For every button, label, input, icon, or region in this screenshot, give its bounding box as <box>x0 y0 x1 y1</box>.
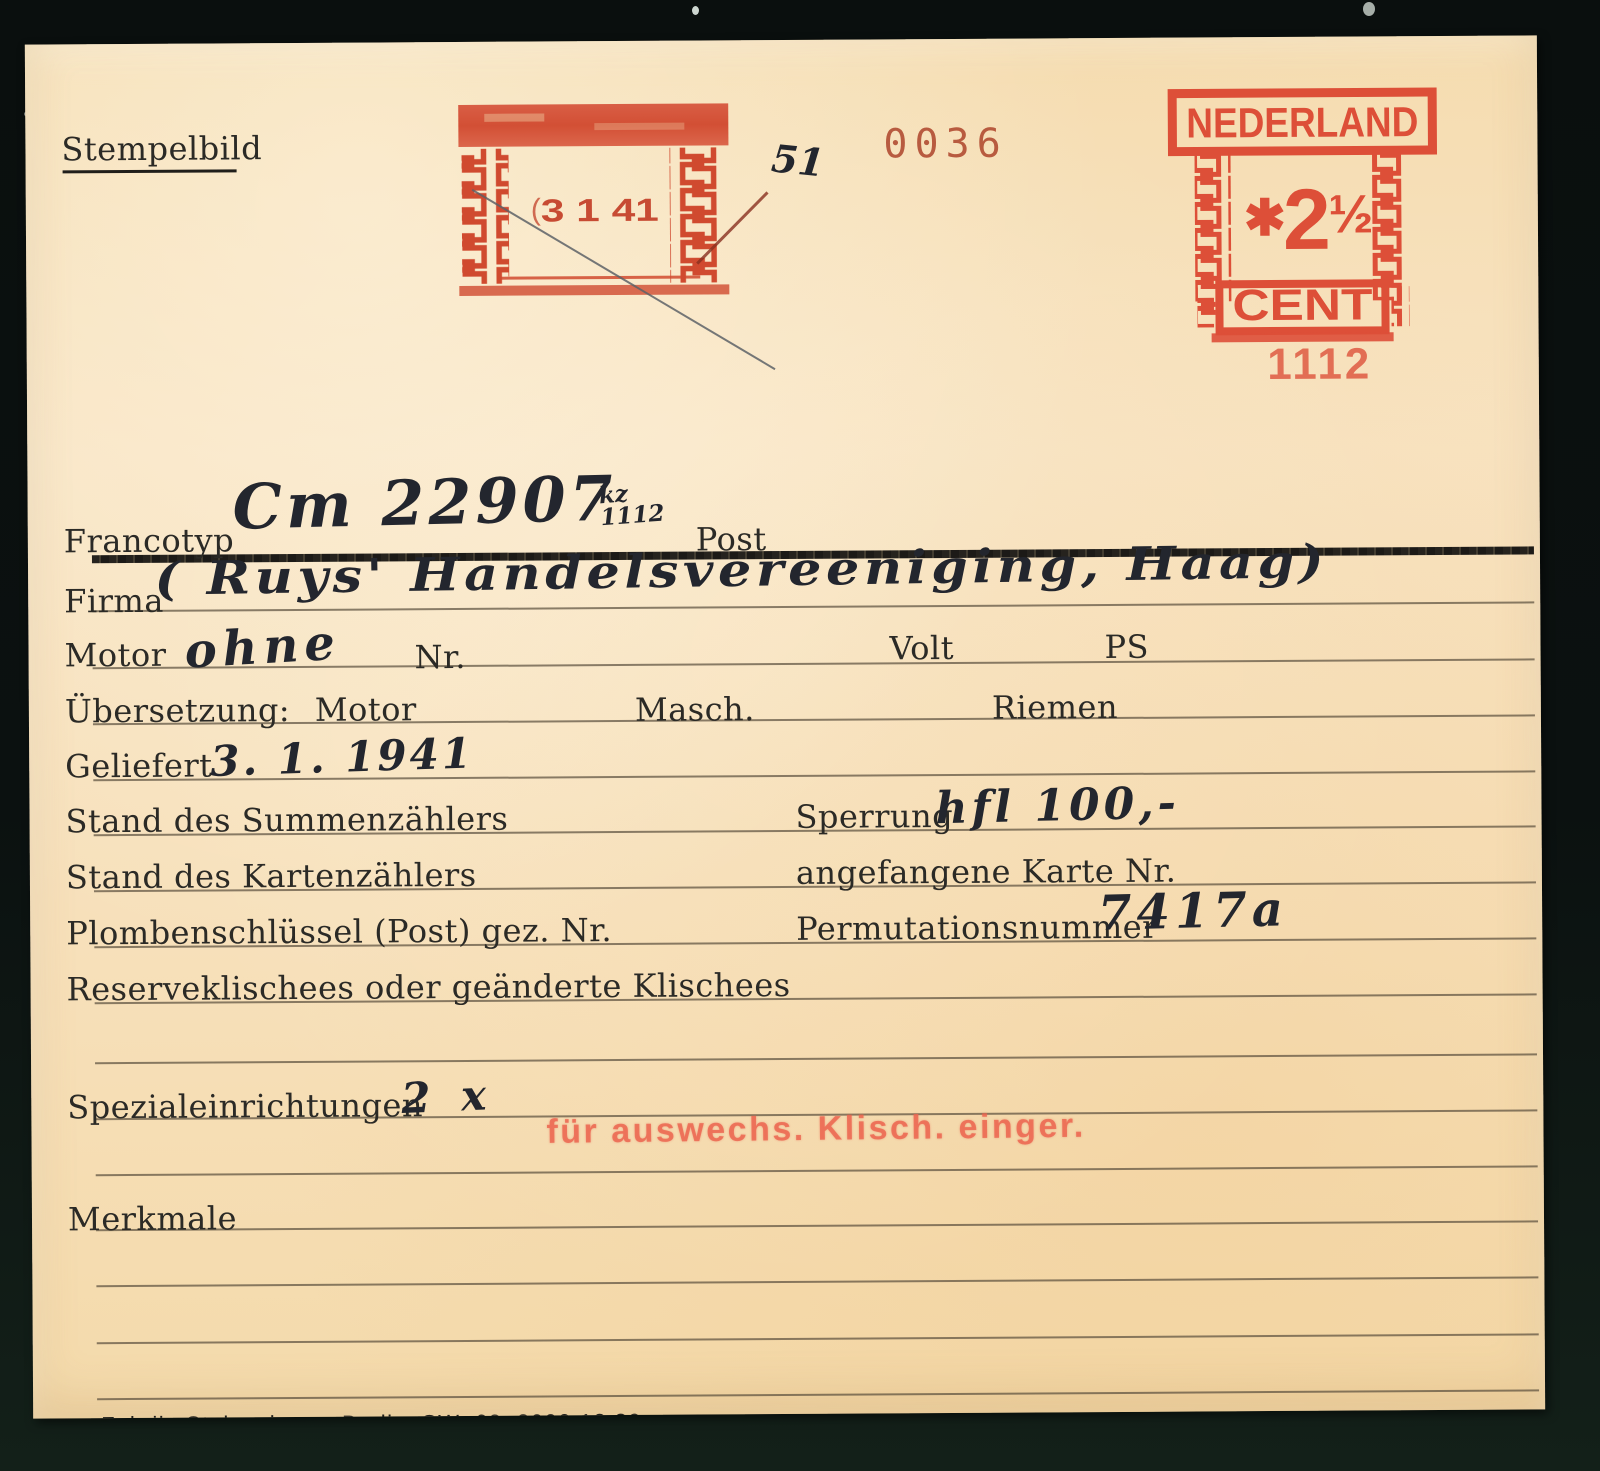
stamp-right-meander <box>669 147 717 282</box>
registration-card: Stempelbild ( 3 1 41 51 00 <box>25 35 1545 1418</box>
francotyp-value-handwritten: Cm 22907 <box>232 462 618 544</box>
photo-background: Stempelbild ( 3 1 41 51 00 <box>0 0 1600 1471</box>
plombenschluessel-label: Plombenschlüssel (Post) gez. Nr. <box>66 911 612 952</box>
stamp-bottom-line <box>500 276 700 280</box>
stamp-left-meander <box>461 149 509 284</box>
printer-imprint: Fabrik Stolzenberg, Berlin SW 68 3000.12… <box>101 1409 650 1419</box>
kartenzaehler-label: Stand des Kartenzählers <box>66 856 477 897</box>
dust-speck <box>1363 2 1375 16</box>
sperrung-label: Sperrung <box>795 797 953 836</box>
stempelbild-underline <box>63 169 237 173</box>
ruled-line <box>95 1053 1537 1064</box>
stamp-date: 3 1 41 <box>541 192 659 229</box>
spezialeinrichtungen-value-handwritten: 2 x <box>400 1070 495 1123</box>
stamp-date-artifact: ( <box>531 193 541 226</box>
geliefert-label: Geliefert <box>65 746 213 785</box>
country-name: NEDERLAND <box>1186 98 1418 146</box>
stamp-top-bar <box>458 103 728 147</box>
dust-speck <box>692 6 699 15</box>
stempelbild-label: Stempelbild <box>61 129 262 168</box>
masch-label: Masch. <box>635 690 755 729</box>
meter-counter-number: 0036 <box>883 121 1008 168</box>
volt-label: Volt <box>889 629 954 667</box>
stamp-bottom-bar <box>459 284 729 296</box>
motor-nr-label: Nr. <box>414 638 466 676</box>
spezialeinrichtungen-label: Spezialeinrichtungen <box>67 1086 423 1126</box>
rubber-stamp-text: für auswechs. Klisch. einger. <box>546 1107 1086 1152</box>
firma-value-handwritten: ( Ruys' Handelsvereeniging, Haag) <box>154 534 1329 606</box>
francotyp-sub-handwritten: 1112 <box>600 502 665 529</box>
reserveklischees-label: Reserveklischees oder geänderte Klischee… <box>66 966 790 1008</box>
value-star: ✱ <box>1244 190 1286 246</box>
ps-label: PS <box>1104 628 1149 666</box>
summenzaehler-label: Stand des Summenzählers <box>65 800 508 841</box>
value-digit: 2 <box>1283 172 1331 268</box>
currency-label: CENT <box>1232 280 1372 330</box>
nederland-value-stamp: NEDERLAND ✱ 2 ½ CENT 1112 <box>1152 86 1446 388</box>
geliefert-value-handwritten: 3. 1. 1941 <box>209 728 474 785</box>
uebersetzung-label: Übersetzung: Motor <box>65 690 417 730</box>
ruled-line <box>96 1220 1538 1231</box>
value-fraction: ½ <box>1328 184 1373 244</box>
riemen-label: Riemen <box>992 688 1118 727</box>
ruled-line <box>96 1165 1538 1176</box>
ruled-line <box>97 1389 1539 1400</box>
sperrung-value-handwritten: hfl 100,- <box>935 777 1181 834</box>
motor-value-handwritten: ohne <box>183 615 342 680</box>
ruled-line <box>97 1333 1539 1344</box>
merkmale-label: Merkmale <box>68 1199 237 1238</box>
value-left-meander <box>1194 151 1231 301</box>
machine-serial: 1112 <box>1267 339 1372 389</box>
motor-label: Motor <box>64 636 166 675</box>
firma-label: Firma <box>64 582 164 621</box>
ruled-line <box>96 1276 1538 1287</box>
handwritten-counter-note: 51 <box>769 135 826 185</box>
permutation-value-handwritten: 7417a <box>1098 881 1289 941</box>
